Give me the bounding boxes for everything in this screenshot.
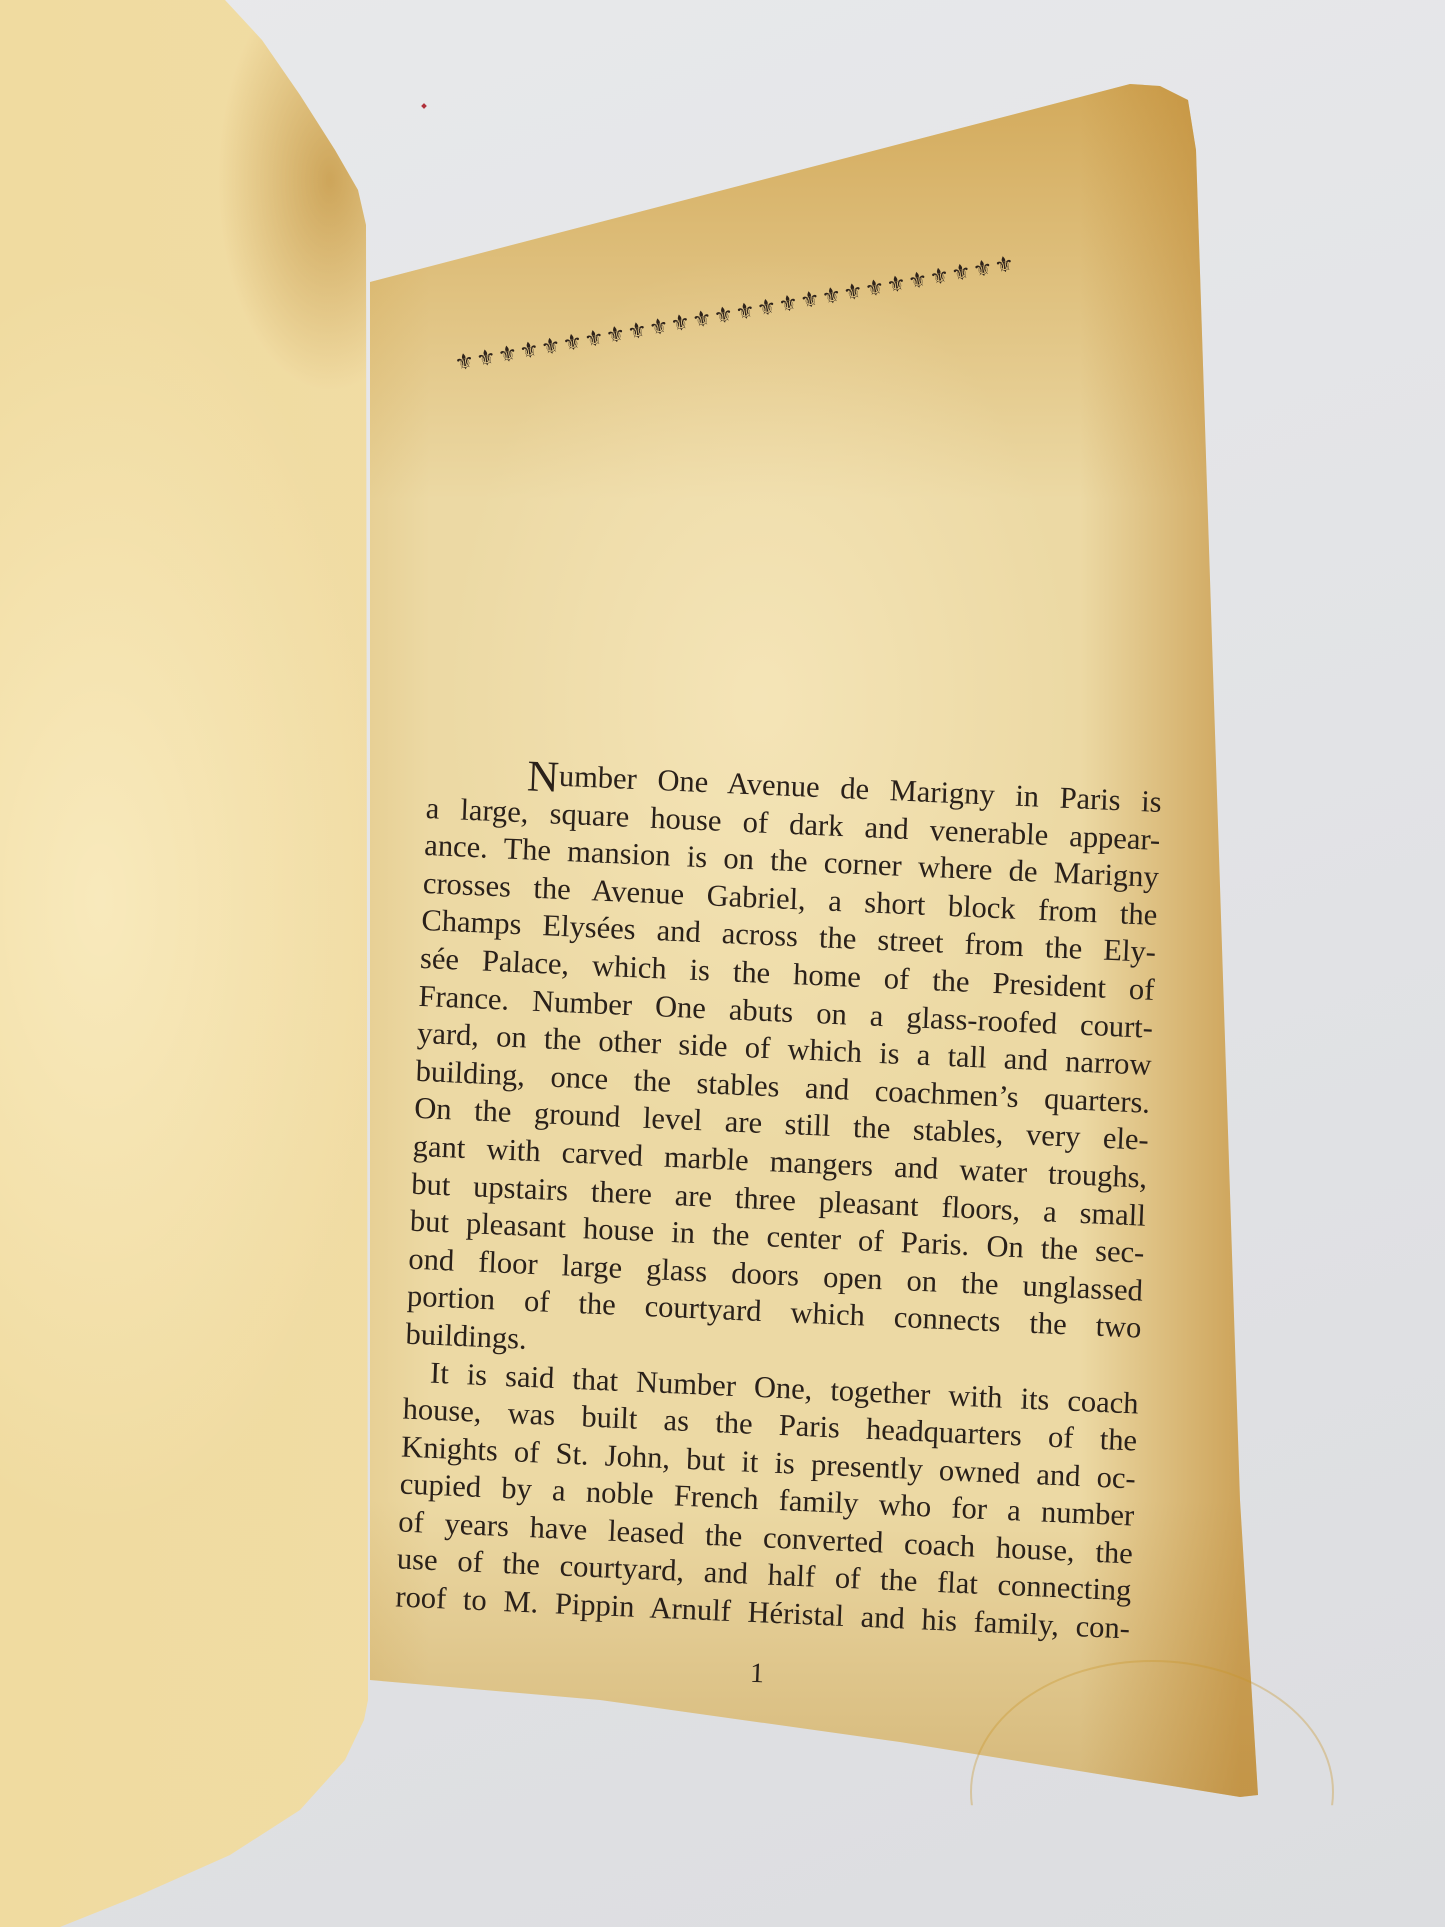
page-text-block: Number One Avenue de Marigny in Paris is… bbox=[395, 752, 1163, 1648]
book-photo-scene: ⚜⚜⚜⚜⚜⚜⚜⚜⚜⚜⚜⚜⚜⚜⚜⚜⚜⚜⚜⚜⚜⚜⚜⚜⚜⚜ Number One Av… bbox=[0, 0, 1445, 1927]
red-speck bbox=[421, 103, 427, 109]
page-number: 1 bbox=[749, 1658, 764, 1691]
fleur-de-lis-icon: ⚜ bbox=[993, 251, 1019, 279]
water-stain bbox=[970, 1660, 1334, 1924]
